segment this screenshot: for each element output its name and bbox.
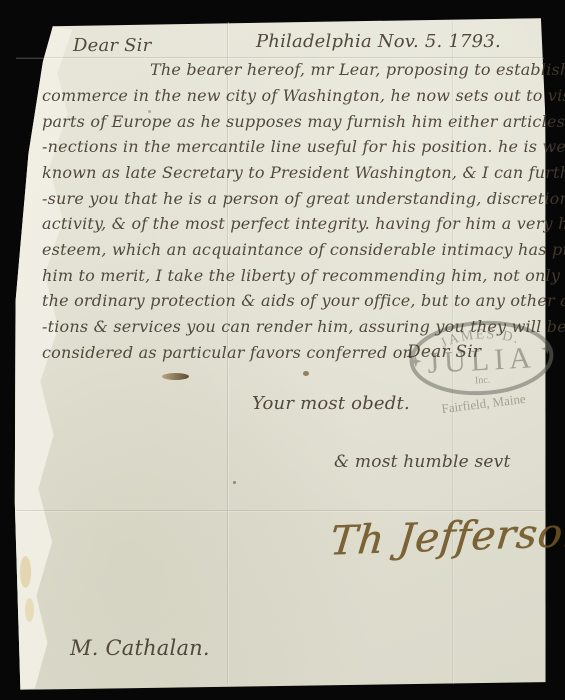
ink-dot — [303, 371, 309, 376]
letter-body-line: him to merit, I take the liberty of reco… — [42, 268, 565, 284]
closing-dear-sir: Dear Sir — [407, 342, 481, 362]
letter-photo: JAMES D. JULIA Inc. Fairfield, Maine Dea… — [0, 0, 565, 700]
letter-body-line: considered as particular favors conferre… — [42, 345, 413, 361]
letter-body-line: known as late Secretary to President Was… — [42, 165, 565, 181]
jefferson-signature: Th Jefferson — [328, 509, 565, 564]
fold-crease-horizontal-1 — [16, 57, 544, 58]
letter-body-line: -sure you that he is a person of great u… — [42, 191, 565, 207]
fold-crease-horizontal-2 — [16, 510, 544, 511]
letter-body-line: the ordinary protection & aids of your o… — [42, 293, 565, 309]
letter-body-line: The bearer hereof, mr Lear, proposing to… — [42, 62, 565, 78]
letter-body-line: commerce in the new city of Washington, … — [42, 88, 565, 104]
paper-speck — [233, 481, 236, 484]
dateline: Philadelphia Nov. 5. 1793. — [256, 31, 501, 52]
edge-stain — [25, 598, 34, 622]
letter-body-line: activity, & of the most perfect integrit… — [42, 216, 565, 232]
letter-body-line: esteem, which an acquaintance of conside… — [42, 242, 565, 258]
salutation: Dear Sir — [73, 35, 151, 56]
ink-smudge — [162, 373, 189, 380]
valediction-line-2: & most humble sevt — [334, 452, 510, 472]
letter-body-line: parts of Europe as he supposes may furni… — [42, 114, 565, 130]
edge-stain — [20, 556, 31, 588]
letter-body-line: -tions & services you can render him, as… — [42, 319, 565, 335]
addressee: M. Cathalan. — [70, 636, 210, 660]
letter-body-line: -nections in the mercantile line useful … — [42, 139, 565, 155]
valediction-line-1: Your most obedt. — [252, 393, 410, 414]
